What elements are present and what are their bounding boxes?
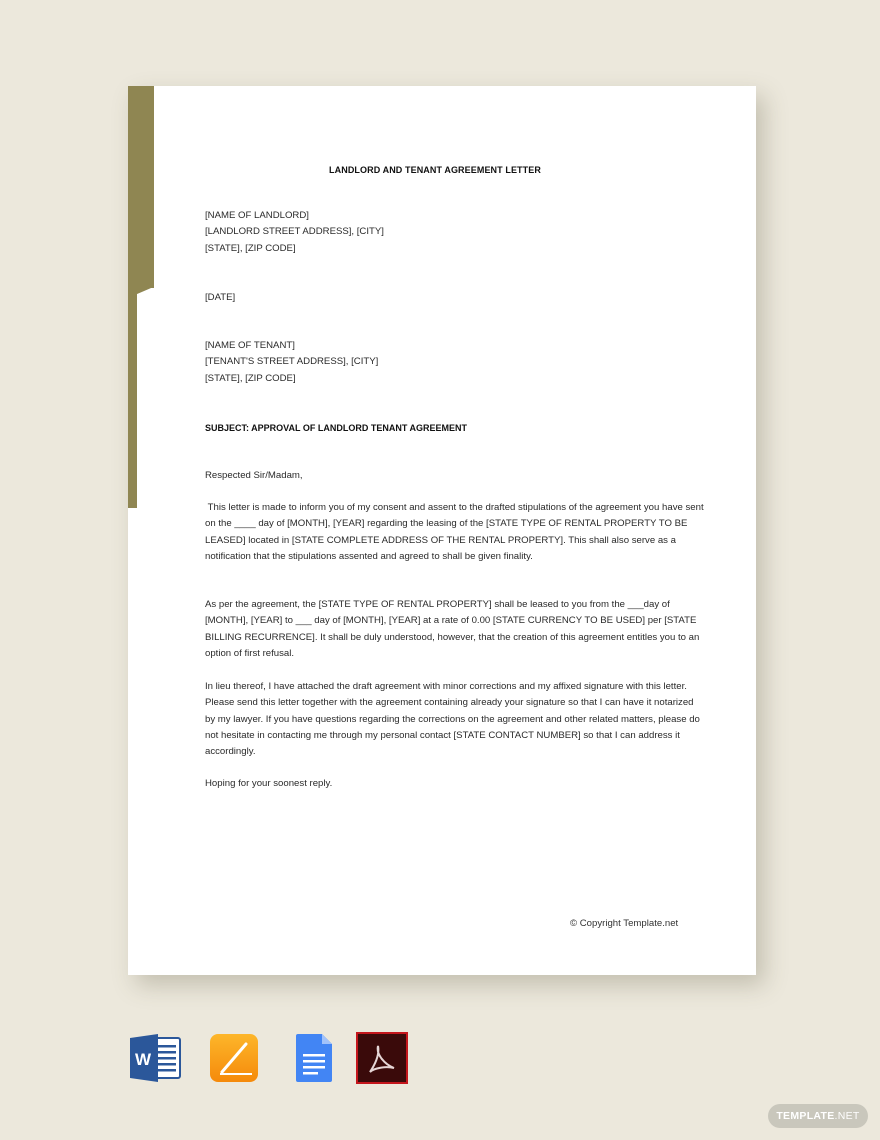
paragraph-consent: This letter is made to inform you of my … [205, 500, 705, 565]
closing-line: Hoping for your soonest reply. [205, 776, 332, 792]
subject-line: SUBJECT: APPROVAL OF LANDLORD TENANT AGR… [205, 420, 467, 436]
acrobat-pdf-icon [356, 1032, 408, 1084]
document-title: LANDLORD AND TENANT AGREEMENT LETTER [205, 162, 665, 178]
word-format-button[interactable]: W [128, 1032, 180, 1084]
recipient-name: [NAME OF TENANT] [205, 338, 378, 354]
recipient-street: [TENANT'S STREET ADDRESS], [CITY] [205, 354, 378, 370]
sender-address: [NAME OF LANDLORD] [LANDLORD STREET ADDR… [205, 208, 384, 257]
accent-bar [128, 86, 154, 288]
word-icon: W [128, 1032, 182, 1084]
paragraph-attachment: In lieu thereof, I have attached the dra… [205, 679, 705, 760]
template-net-badge[interactable]: TEMPLATE.NET [768, 1104, 868, 1128]
salutation: Respected Sir/Madam, [205, 468, 303, 484]
sender-state-zip: [STATE], [ZIP CODE] [205, 241, 384, 257]
google-docs-icon [288, 1032, 340, 1084]
sender-name: [NAME OF LANDLORD] [205, 208, 384, 224]
svg-text:W: W [135, 1050, 152, 1069]
accent-bar-stem [128, 286, 137, 508]
copyright-notice: © Copyright Template.net [570, 918, 678, 929]
pages-icon [208, 1032, 260, 1084]
badge-brand: TEMPLATE [776, 1110, 834, 1122]
sender-street: [LANDLORD STREET ADDRESS], [CITY] [205, 224, 384, 240]
badge-domain: .NET [835, 1110, 860, 1122]
google-docs-format-button[interactable] [288, 1032, 340, 1084]
letter-date: [DATE] [205, 290, 235, 306]
recipient-state-zip: [STATE], [ZIP CODE] [205, 371, 378, 387]
document-page: LANDLORD AND TENANT AGREEMENT LETTER [NA… [128, 86, 756, 975]
paragraph-terms: As per the agreement, the [STATE TYPE OF… [205, 597, 705, 662]
recipient-address: [NAME OF TENANT] [TENANT'S STREET ADDRES… [205, 338, 378, 387]
pages-format-button[interactable] [208, 1032, 260, 1084]
pdf-format-button[interactable] [356, 1032, 408, 1084]
